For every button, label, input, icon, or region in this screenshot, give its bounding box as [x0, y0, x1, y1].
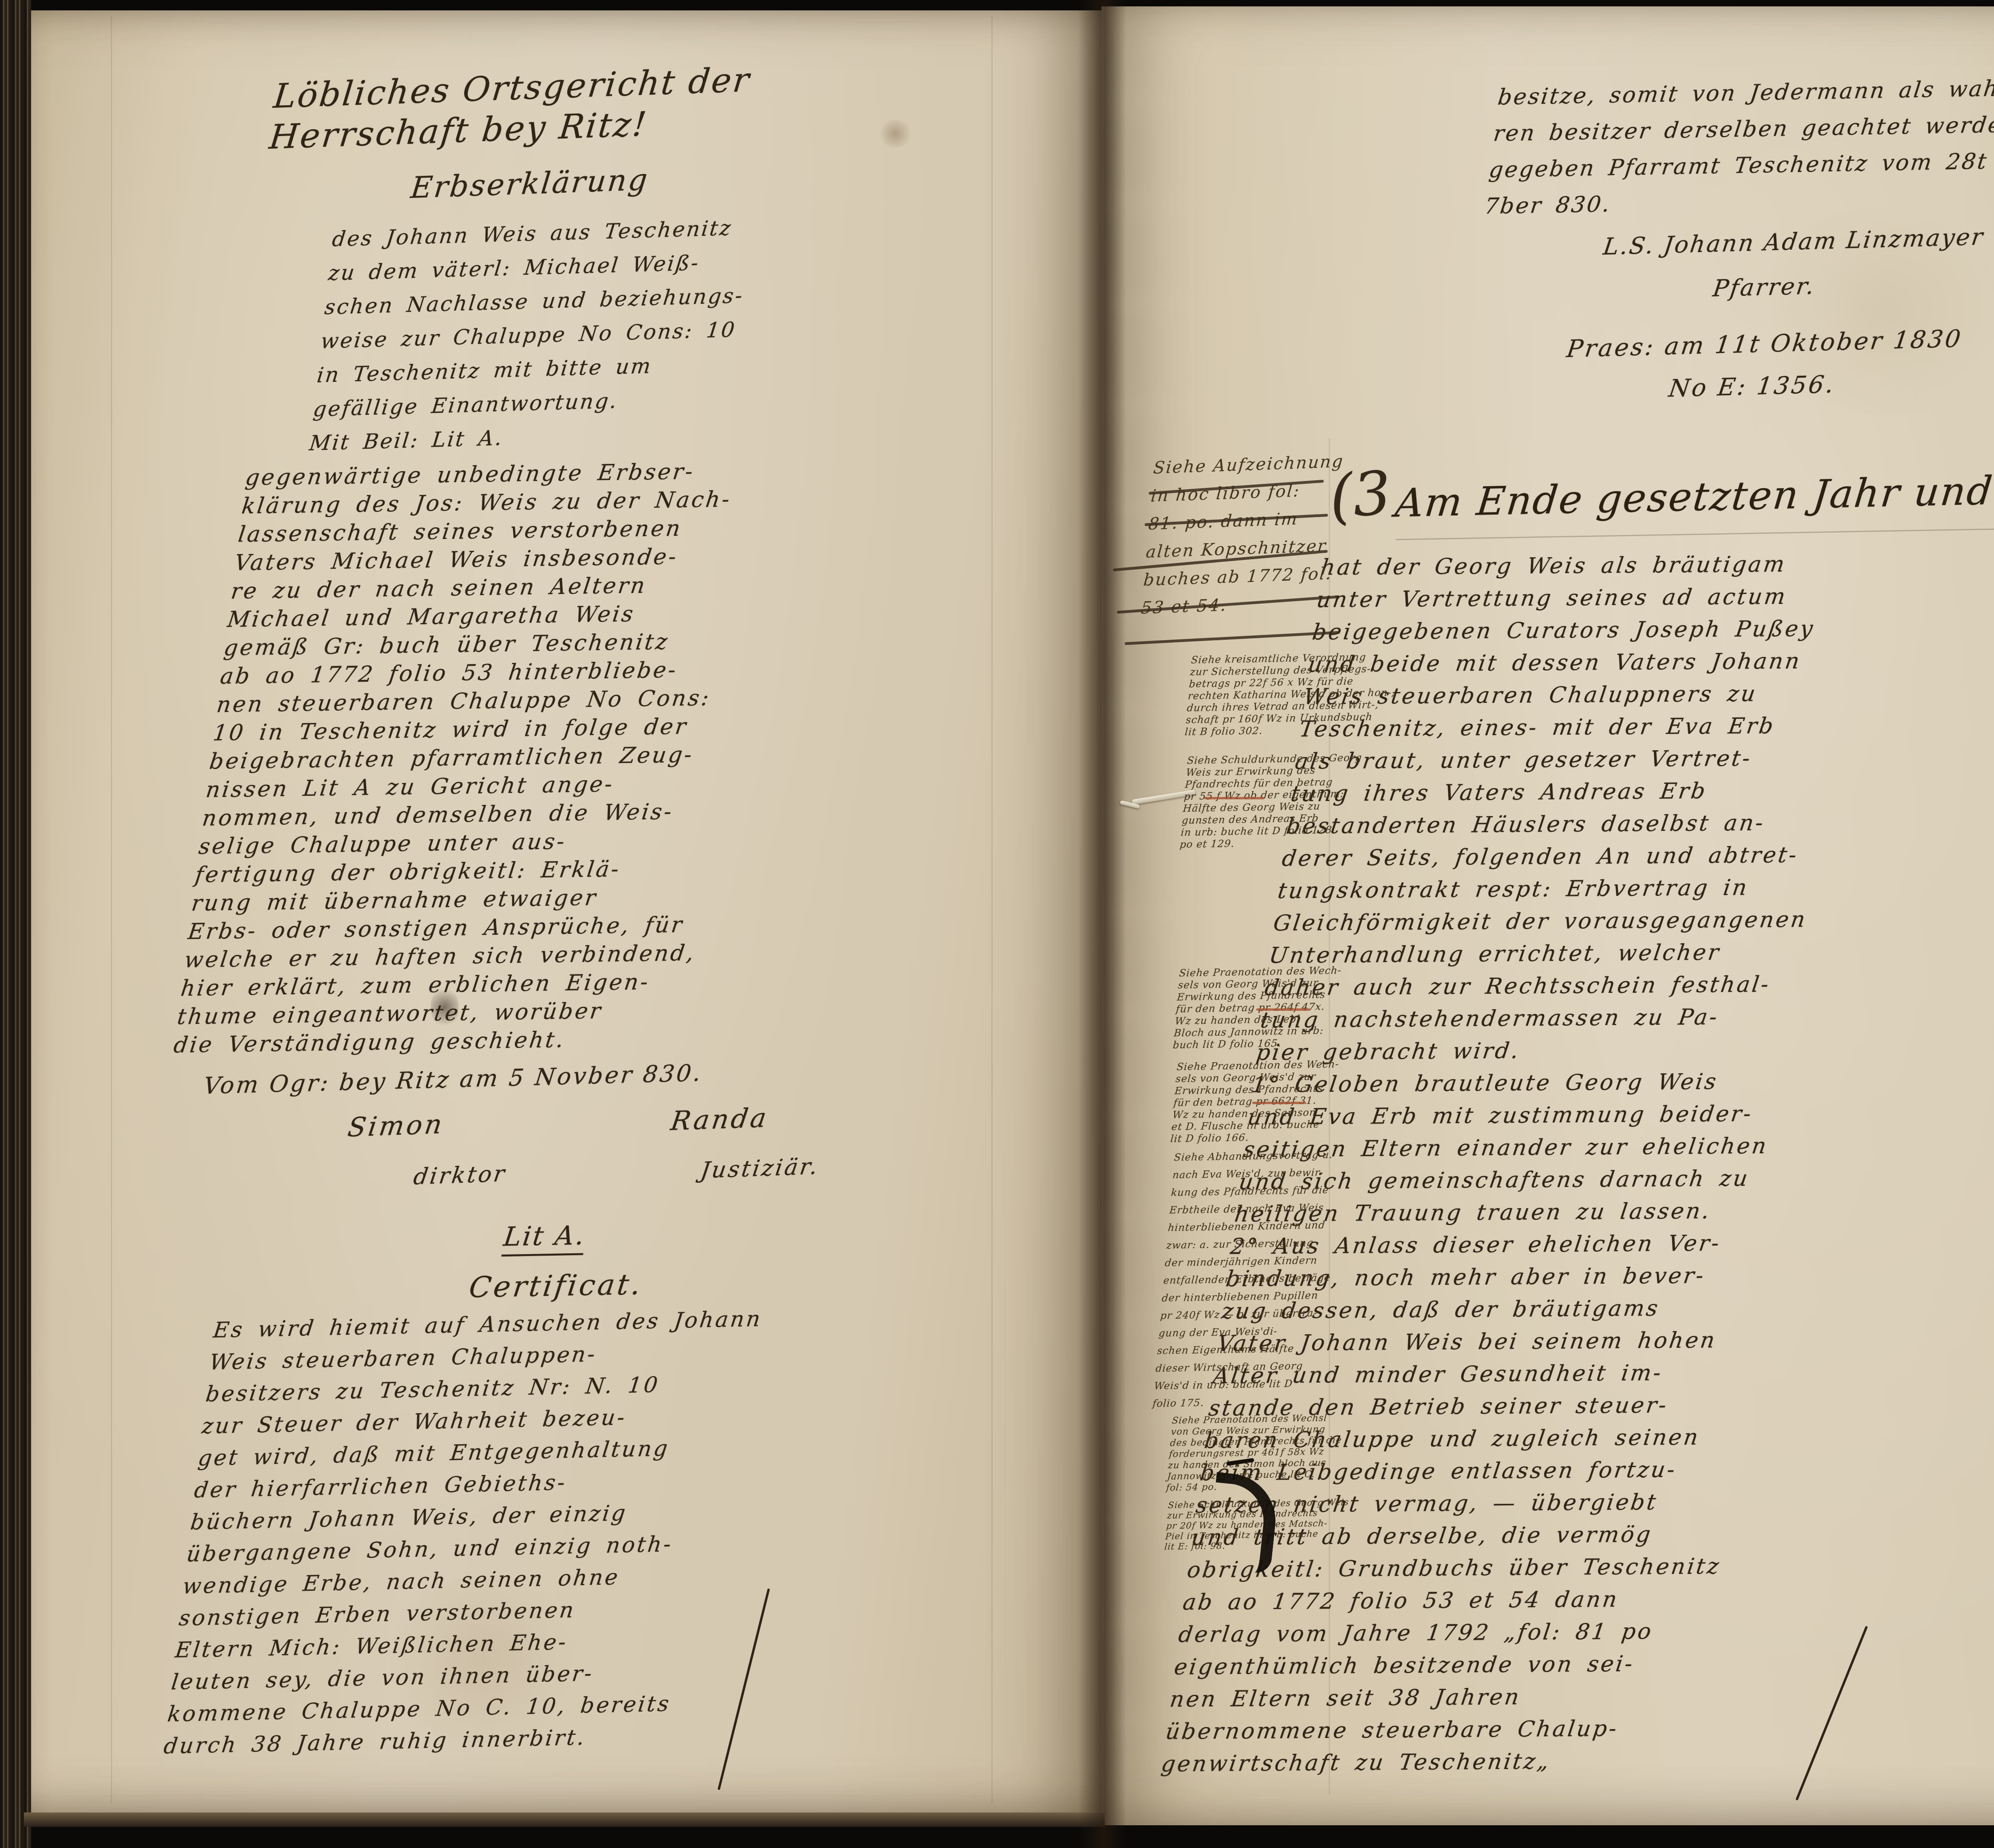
text-line: Unterhandlung errichtet, welcher	[1267, 936, 1805, 972]
text-line: tung ihres Vaters Andreas Erb	[1289, 774, 1826, 810]
text-line: Erbtheile der nach Eva Weis	[1169, 1199, 1338, 1219]
red-underline	[1252, 1102, 1306, 1104]
pfarrer-signature: L.S. Johann Adam LinzmayerPfarrer.	[1594, 214, 1987, 314]
text-line: tung nachstehendermassen zu Pa-	[1259, 1000, 1796, 1036]
margin-note: Siehe Praenotation des Wechslvon Georg W…	[1166, 1412, 1344, 1493]
text-line: nach Eva Weis'd, zur bewir-	[1172, 1164, 1340, 1184]
text-line: dieser Wirtschaft an Georg	[1155, 1357, 1324, 1377]
left-heading: Löbliches Ortsgericht derHerrschaft bey …	[267, 59, 753, 158]
signature-randa-title: Justiziär.	[699, 1154, 821, 1184]
text-line: genwirtschaft zu Teschenitz„	[1159, 1744, 1697, 1780]
lit-a-heading: Lit A.	[501, 1220, 587, 1256]
text-line: der hinterbliebenen Pupillen	[1161, 1286, 1330, 1307]
text-line: als braut, unter gesetzer Vertret-	[1293, 742, 1830, 777]
text-line: nen Eltern seit 38 Jahren	[1168, 1679, 1706, 1715]
certificat-heading: Certificat.	[467, 1267, 645, 1304]
text-line: daher auch zur Rechtsschein festhal-	[1263, 968, 1801, 1004]
text-line: hat der Georg Weis als bräutigam	[1319, 548, 1856, 584]
text-line: beigegebenen Curators Joseph Pußey	[1310, 612, 1848, 648]
text-line: Weis'd in urb: buche lit D	[1153, 1375, 1322, 1395]
text-line: schen Eigenthums Hälfte	[1157, 1339, 1325, 1359]
text-line: derlag vom Jahre 1792 „fol: 81 po	[1176, 1615, 1714, 1651]
text-line: kung des Pfandrechts für die	[1170, 1181, 1339, 1201]
signature-randa: Randa	[669, 1102, 770, 1136]
margin-rule	[991, 16, 993, 1803]
right-top-block: besitze, somit von Jedermann als wah-ren…	[1482, 70, 1994, 224]
text-line: übernommene steuerbare Chalup-	[1164, 1712, 1701, 1747]
certificat-block: Es wird hiemit auf Ansuchen des JohannWe…	[162, 1303, 764, 1762]
text-line: entfallenden Erbtheils beträge	[1163, 1269, 1331, 1289]
book-page-stack-edge	[0, 0, 31, 1848]
text-line: Siehe Abhandlungsvortrag u.	[1173, 1146, 1342, 1166]
binding-gutter	[1078, 0, 1126, 1848]
margin-note: Siehe Abhandlungsvortrag u.nach Eva Weis…	[1152, 1146, 1342, 1412]
manuscript-scan: 83 Löbliches Ortsgericht derHerrschaft b…	[0, 0, 1994, 1848]
text-line: zwar: a. zur Sicherstellung	[1166, 1234, 1334, 1254]
text-line: No E: 1356.	[1666, 360, 1960, 410]
text-line: Gleichförmigkeit der vorausgegangenen	[1271, 903, 1809, 939]
book-bottom-edge	[24, 1812, 1105, 1827]
text-line: tungskontrakt respt: Erbvertrag in	[1276, 871, 1813, 907]
left-intro-block: des Johann Weis aus Teschenitzzu dem vät…	[307, 211, 753, 461]
text-line: eigenthümlich besitzende von sei-	[1172, 1647, 1710, 1683]
text-line: derer Seits, folgenden An und abtret-	[1280, 838, 1818, 874]
praesentatum-note: Praes: am 11t Oktober 1830No E: 1356.	[1559, 318, 1965, 413]
margin-note-struck: Siehe Aufzeichnungin hoc libro fol:81. p…	[1140, 447, 1345, 622]
margin-note: Siehe kreisamtliche Verordnungzur Sicher…	[1184, 651, 1399, 738]
margin-rule	[111, 16, 112, 1803]
margin-note: Siehe Praenotation des Wech-sels von Geo…	[1172, 964, 1342, 1051]
signature-simon-title: dirktor	[412, 1161, 508, 1190]
red-underline	[1256, 1008, 1310, 1011]
text-line: pr 240f Wz — b. zur übertra-	[1159, 1304, 1328, 1324]
margin-note: Siehe Schuldurkunde des GeorgWeis zur Er…	[1179, 751, 1363, 850]
text-line: bestanderten Häuslers daselbst an-	[1285, 806, 1822, 842]
text-line: Pfarrer.	[1710, 259, 1981, 311]
left-body-block: gegenwärtige unbedingte Erbser-klärung d…	[172, 456, 758, 1059]
text-line: folio 175.	[1152, 1392, 1320, 1412]
text-line: unter Vertrettung seines ad actum	[1314, 580, 1852, 616]
text-line: der minderjährigen Kindern	[1164, 1251, 1333, 1272]
text-line: ab ao 1772 folio 53 et 54 dann	[1181, 1582, 1718, 1618]
signature-simon: Simon	[346, 1109, 446, 1143]
text-line: hinterbliebenen Kindern und	[1167, 1216, 1336, 1237]
text-line: gung der Eva Weis'di-	[1158, 1321, 1327, 1342]
red-underline	[1204, 797, 1264, 799]
